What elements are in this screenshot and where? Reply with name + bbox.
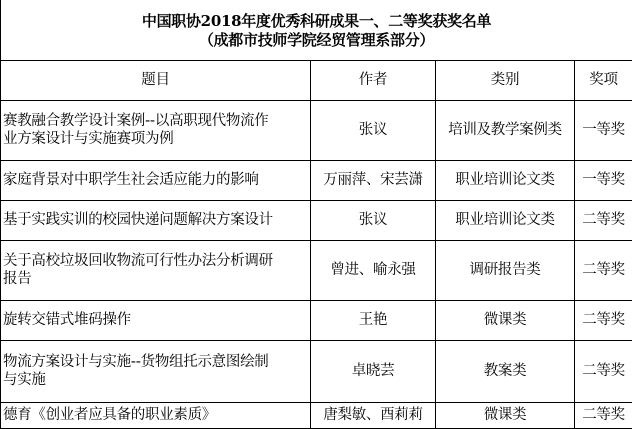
cell-award: 二等奖	[575, 200, 632, 240]
cell-author: 万丽萍、宋芸潇	[311, 160, 436, 200]
cell-title-line-1: 旋转交错式堆码操作	[3, 311, 310, 329]
table-row: 德育《创业者应具备的职业素质》 唐梨敏、酉莉莉 微课类 二等奖	[1, 402, 632, 428]
cell-author: 卓晓芸	[311, 340, 436, 402]
cell-category: 微课类	[436, 402, 575, 428]
table-row: 关于高校垃圾回收物流可行性办法分析调研 报告 曾进、喻永强 调研报告类 二等奖	[1, 240, 632, 300]
cell-title: 旋转交错式堆码操作	[1, 300, 311, 340]
header-category: 类别	[436, 60, 575, 100]
table-row: 物流方案设计与实施--货物组托示意图绘制 与实施 卓晓芸 教案类 二等奖	[1, 340, 632, 402]
cell-category: 调研报告类	[436, 240, 575, 300]
cell-title: 赛教融合教学设计案例--以高职现代物流作 业方案设计与实施赛项为例	[1, 100, 311, 160]
table-row: 基于实践实训的校园快递问题解决方案设计 张议 职业培训论文类 二等奖	[1, 200, 632, 240]
cell-author: 张议	[311, 100, 436, 160]
cell-title-line-1: 德育《创业者应具备的职业素质》	[3, 406, 310, 424]
cell-title-line-2: 与实施	[3, 371, 310, 389]
cell-award: 二等奖	[575, 300, 632, 340]
cell-award: 二等奖	[575, 240, 632, 300]
title-line-1: 中国职协2018年度优秀科研成果一、二等奖获奖名单	[1, 12, 632, 31]
cell-title: 物流方案设计与实施--货物组托示意图绘制 与实施	[1, 340, 311, 402]
cell-title-line-1: 赛教融合教学设计案例--以高职现代物流作	[3, 112, 310, 130]
cell-title: 德育《创业者应具备的职业素质》	[1, 402, 311, 428]
cell-category: 微课类	[436, 300, 575, 340]
cell-award: 一等奖	[575, 100, 632, 160]
cell-title-line-2: 业方案设计与实施赛项为例	[3, 130, 310, 148]
cell-category: 职业培训论文类	[436, 200, 575, 240]
cell-category: 培训及教学案例类	[436, 100, 575, 160]
cell-award: 二等奖	[575, 340, 632, 402]
cell-title: 关于高校垃圾回收物流可行性办法分析调研 报告	[1, 240, 311, 300]
header-row: 题目 作者 类别 奖项	[1, 60, 632, 100]
cell-author: 唐梨敏、酉莉莉	[311, 402, 436, 428]
header-award: 奖项	[575, 60, 632, 100]
award-table: 中国职协2018年度优秀科研成果一、二等奖获奖名单 （成都市技师学院经贸管理系部…	[0, 0, 632, 429]
cell-category: 职业培训论文类	[436, 160, 575, 200]
cell-award: 二等奖	[575, 402, 632, 428]
cell-award: 一等奖	[575, 160, 632, 200]
header-author: 作者	[311, 60, 436, 100]
cell-category: 教案类	[436, 340, 575, 402]
cell-title-line-1: 家庭背景对中职学生社会适应能力的影响	[3, 171, 310, 189]
cell-author: 王艳	[311, 300, 436, 340]
header-title: 题目	[1, 60, 311, 100]
table-row: 旋转交错式堆码操作 王艳 微课类 二等奖	[1, 300, 632, 340]
cell-title-line-1: 关于高校垃圾回收物流可行性办法分析调研	[3, 252, 310, 270]
title-line-2: （成都市技师学院经贸管理系部分）	[1, 31, 632, 50]
cell-title: 基于实践实训的校园快递问题解决方案设计	[1, 200, 311, 240]
table-row: 家庭背景对中职学生社会适应能力的影响 万丽萍、宋芸潇 职业培训论文类 一等奖	[1, 160, 632, 200]
document-title: 中国职协2018年度优秀科研成果一、二等奖获奖名单 （成都市技师学院经贸管理系部…	[1, 0, 632, 60]
award-list-sheet: 中国职协2018年度优秀科研成果一、二等奖获奖名单 （成都市技师学院经贸管理系部…	[0, 0, 632, 429]
cell-title-line-2: 报告	[3, 270, 310, 288]
table-row: 赛教融合教学设计案例--以高职现代物流作 业方案设计与实施赛项为例 张议 培训及…	[1, 100, 632, 160]
cell-author: 张议	[311, 200, 436, 240]
cell-title: 家庭背景对中职学生社会适应能力的影响	[1, 160, 311, 200]
title-row: 中国职协2018年度优秀科研成果一、二等奖获奖名单 （成都市技师学院经贸管理系部…	[1, 0, 632, 60]
cell-title-line-1: 基于实践实训的校园快递问题解决方案设计	[3, 211, 310, 229]
cell-author: 曾进、喻永强	[311, 240, 436, 300]
cell-title-line-1: 物流方案设计与实施--货物组托示意图绘制	[3, 353, 310, 371]
